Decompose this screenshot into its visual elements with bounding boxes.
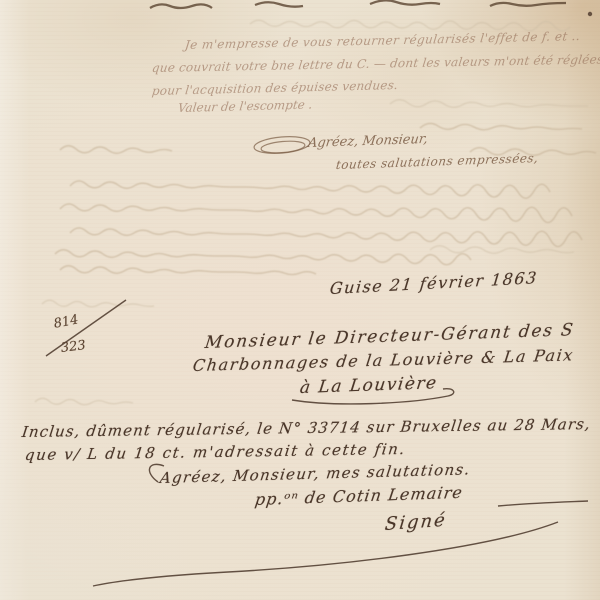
closing1-line1: Agréez, Monsieur, <box>307 132 429 151</box>
signature-flourish <box>93 522 558 586</box>
signature-signed: Signé <box>384 510 448 536</box>
letter-scan: Je m'empresse de vous retourner régulari… <box>0 0 600 600</box>
paragraph1-line4: Valeur de l'escompte . <box>177 97 313 115</box>
paragraph2-line1: Inclus, dûment régularisé, le N° 33714 s… <box>21 415 592 441</box>
margin-number-top: 814 <box>53 312 80 331</box>
address-line3: à La Louvière <box>299 373 439 398</box>
closing1-line2: toutes salutations empressées, <box>335 151 539 172</box>
paragraph1-line2: que couvrait votre bne lettre du C. — do… <box>151 52 600 75</box>
dateline: Guise 21 février 1863 <box>329 268 539 298</box>
paragraph2-line2: que v/ L du 18 ct. m'adressait à cette f… <box>24 440 407 464</box>
signature-dash <box>498 501 588 506</box>
margin-number-bottom: 323 <box>60 338 86 356</box>
paragraph1-line3: pour l'acquisition des épuises vendues. <box>151 78 399 98</box>
top-edge-cutoff-line <box>150 0 592 16</box>
signature-procuration: pp.ᵒⁿ de Cotin Lemaire <box>254 483 465 509</box>
paraph-flourish <box>253 135 310 156</box>
paragraph1-line1: Je m'empresse de vous retourner régulari… <box>184 29 581 52</box>
closing2-line: Agréez, Monsieur, mes salutations. <box>159 460 472 487</box>
ink-dot <box>588 12 592 16</box>
